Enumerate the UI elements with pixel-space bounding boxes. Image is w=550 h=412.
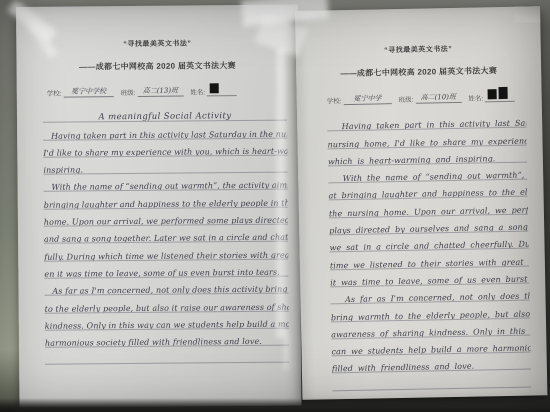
essay-line	[332, 370, 531, 391]
photo-stage: “寻找最美英文书法” ——成都七中网校高 2020 届英文书法大赛 学校: 冕宁…	[0, 0, 550, 412]
name-label: 姓名:	[190, 87, 205, 96]
essay-line: As far as I'm concerned, not only does t…	[44, 277, 288, 296]
essay-line: to the elderly people, but also it raise…	[45, 294, 289, 313]
school-value: 冕宁中学校	[64, 86, 114, 97]
essay-line: home. Upon our arrival, we performed som…	[44, 207, 288, 226]
essay-line: Having taken part in this activity last …	[43, 121, 287, 140]
essay-line: I'd like to share my experience with you…	[43, 138, 287, 157]
class-label: 班级:	[121, 88, 136, 97]
handwritten-text: inspiring.	[43, 166, 83, 175]
student-info-line: 学校: 冕宁中学 班级: 高二(10)班 姓名:	[327, 87, 516, 106]
essay-line: harmonious society filled with friendlin…	[45, 328, 289, 347]
redaction-mark	[499, 87, 508, 99]
essay-body: Having taken part in this activity last …	[327, 111, 531, 392]
class-value: 高二(10)班	[415, 92, 461, 104]
essay-line: kindness. Only in this way can we studen…	[45, 311, 289, 330]
student-info-line: 学校: 冕宁中学校 班级: 高二(13)班 姓名:	[47, 83, 238, 98]
name-label: 姓名:	[468, 93, 483, 102]
redaction-mark	[210, 83, 219, 93]
essay-body: A meaningful Social Activity Having take…	[43, 104, 289, 366]
competition-title: “寻找最美英文书法”	[16, 38, 298, 50]
essay-line	[45, 346, 289, 365]
class-label: 班级:	[398, 95, 413, 104]
essay-line: With the name of “sending out warmth”, t…	[43, 173, 287, 192]
competition-subtitle: ——成都七中网校高 2020 届英文书法大赛	[16, 60, 298, 73]
essay-page-right: “寻找最美英文书法” ——成都七中网校高 2020 届英文书法大赛 学校: 冕宁…	[295, 6, 547, 400]
competition-title: “寻找最美英文书法”	[296, 42, 541, 57]
essay-line: bringing laughter and happiness to the e…	[44, 190, 288, 209]
class-value: 高二(13)班	[137, 86, 183, 97]
essay-line: and sang a song together. Later we sat i…	[44, 225, 288, 244]
school-label: 学校:	[327, 96, 342, 105]
school-label: 学校:	[47, 89, 62, 98]
essay-line: en it was time to leave, some of us even…	[44, 259, 288, 278]
essay-lines-container: Having taken part in this activity last …	[43, 121, 289, 365]
redacted-name	[485, 87, 515, 103]
redaction-mark	[488, 89, 497, 99]
redacted-name	[207, 83, 237, 96]
essay-page-left: “寻找最美英文书法” ——成都七中网校高 2020 届英文书法大赛 学校: 冕宁…	[16, 5, 301, 408]
essay-lines-container: Having taken part in this activity last …	[327, 111, 531, 392]
folded-corner	[514, 6, 540, 22]
essay-line: inspiring.	[43, 156, 287, 175]
background-bottom-shadow	[0, 398, 550, 412]
competition-subtitle: ——成都七中网校高 2020 届英文书法大赛	[296, 64, 541, 80]
essay-line: fully. During which time we listened the…	[44, 242, 288, 261]
school-value: 冕宁中学	[343, 93, 391, 105]
essay-title-line: A meaningful Social Activity	[43, 104, 287, 123]
